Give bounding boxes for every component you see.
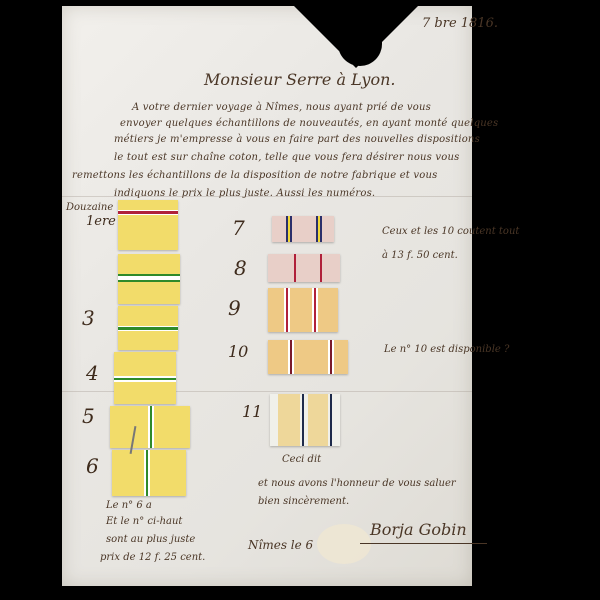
body-line: indiquons le prix le plus juste. Aussi l… — [114, 188, 375, 199]
fabric-swatch-9 — [268, 288, 338, 332]
price-note: Ceux et les 10 coutent tout — [382, 226, 519, 237]
sample-number: 1ere — [86, 214, 116, 229]
fabric-swatch-10 — [268, 340, 348, 374]
letter-date: 7 bre 1816. — [422, 16, 498, 31]
footnote-line: Et le n° ci-haut — [106, 516, 182, 527]
body-line: le tout est sur chaîne coton, telle que … — [114, 152, 459, 163]
body-line: A votre dernier voyage à Nîmes, nous aya… — [132, 102, 431, 113]
footnote-line: Le n° 6 a — [106, 500, 152, 511]
fabric-swatch-8 — [268, 254, 340, 282]
fabric-swatch-7 — [272, 216, 334, 242]
fabric-swatch-3 — [118, 306, 178, 350]
signature: Borja Gobin — [360, 520, 487, 544]
footnote-line: sont au plus juste — [106, 534, 195, 545]
sample-number: 6 — [86, 454, 99, 478]
sample-number: 4 — [86, 361, 99, 385]
sample-number: 8 — [234, 256, 247, 280]
sample-number: 10 — [228, 342, 248, 361]
fabric-swatch-1 — [118, 200, 178, 250]
body-line: métiers je m'empresse à vous en faire pa… — [114, 134, 480, 145]
footnote-line: prix de 12 f. 25 cent. — [100, 552, 205, 563]
sample-number: 5 — [82, 404, 95, 428]
fabric-swatch-4 — [114, 352, 176, 404]
closing-line: bien sincèrement. — [258, 496, 349, 507]
fabric-swatch-5 — [110, 406, 190, 448]
sample-number: 11 — [242, 402, 262, 421]
fabric-swatch-11 — [270, 394, 340, 446]
letter-page: 7 bre 1816. Monsieur Serre à Lyon. A vot… — [62, 6, 472, 586]
torn-edge-hole — [338, 6, 382, 66]
body-line: remettons les échantillons de la disposi… — [72, 170, 437, 181]
availability-note: Le n° 10 est disponible ? — [384, 344, 509, 355]
body-line: envoyer quelques échantillons de nouveau… — [120, 118, 498, 129]
price-note: à 13 f. 50 cent. — [382, 250, 458, 261]
fabric-swatch-6 — [112, 450, 186, 496]
sample-number: 3 — [82, 306, 95, 330]
sample-number: 7 — [232, 216, 245, 240]
fabric-swatch-2 — [118, 254, 180, 304]
closing-line: et nous avons l'honneur de vous saluer — [258, 478, 456, 489]
place-line: Nîmes le 6 — [248, 538, 313, 552]
sample-number: 9 — [228, 296, 241, 320]
margin-label: Douzaine — [66, 202, 113, 213]
closing-line: Ceci dit — [282, 454, 321, 465]
salutation: Monsieur Serre à Lyon. — [204, 70, 395, 89]
